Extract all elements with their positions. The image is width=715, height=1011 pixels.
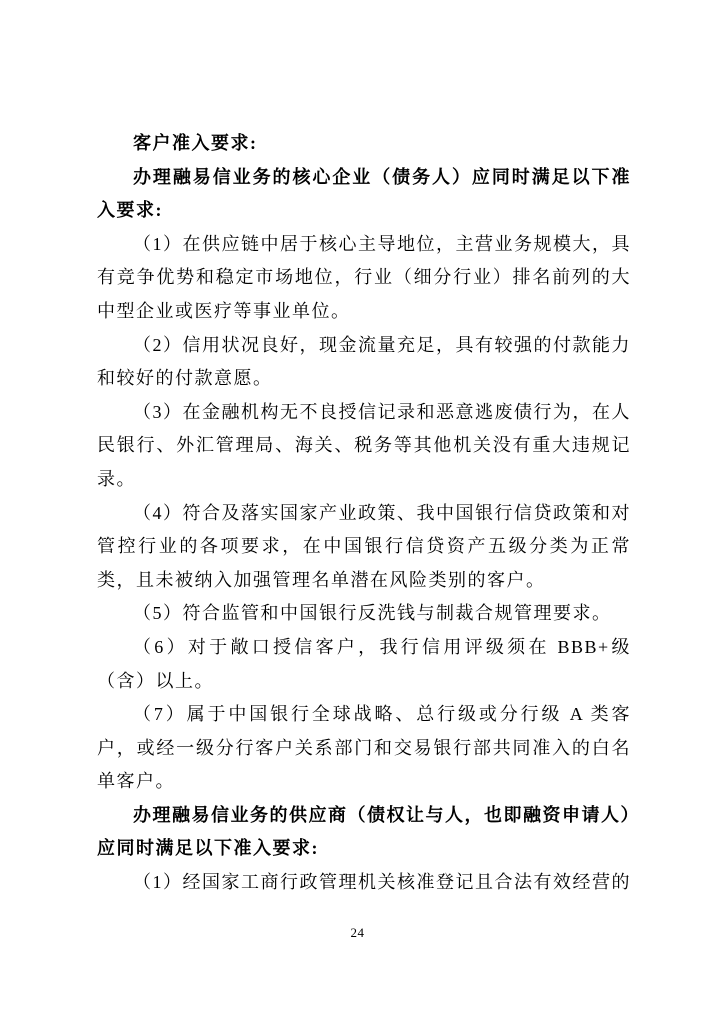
heading-core-enterprise-requirements: 办理融易信业务的核心企业（债务人）应同时满足以下准入要求: — [97, 161, 631, 228]
document-body: 客户准入要求: 办理融易信业务的核心企业（债务人）应同时满足以下准入要求: （1… — [97, 127, 631, 900]
clause-core-enterprise-3: （3）在金融机构无不良授信记录和恶意逃废债行为，在人民银行、外汇管理局、海关、税… — [97, 396, 631, 497]
heading-supplier-requirements: 办理融易信业务的供应商（债权让与人，也即融资申请人）应同时满足以下准入要求: — [97, 799, 631, 866]
clause-core-enterprise-1: （1）在供应链中居于核心主导地位，主营业务规模大，具有竞争优势和稳定市场地位，行… — [97, 228, 631, 329]
clause-core-enterprise-6: （6）对于敞口授信客户，我行信用评级须在 BBB+级（含）以上。 — [97, 631, 631, 698]
document-page: 客户准入要求: 办理融易信业务的核心企业（债务人）应同时满足以下准入要求: （1… — [0, 0, 715, 1011]
clause-core-enterprise-4: （4）符合及落实国家产业政策、我中国银行信贷政策和对管控行业的各项要求，在中国银… — [97, 497, 631, 598]
clause-core-enterprise-5: （5）符合监管和中国银行反洗钱与制裁合规管理要求。 — [97, 597, 631, 631]
clause-core-enterprise-7: （7）属于中国银行全球战略、总行级或分行级 A 类客户，或经一级分行客户关系部门… — [97, 698, 631, 799]
page-number: 24 — [0, 925, 715, 941]
heading-customer-access-requirements: 客户准入要求: — [97, 127, 631, 161]
clause-core-enterprise-2: （2）信用状况良好，现金流量充足，具有较强的付款能力和较好的付款意愿。 — [97, 329, 631, 396]
clause-supplier-1: （1）经国家工商行政管理机关核准登记且合法有效经营的 — [97, 866, 631, 900]
